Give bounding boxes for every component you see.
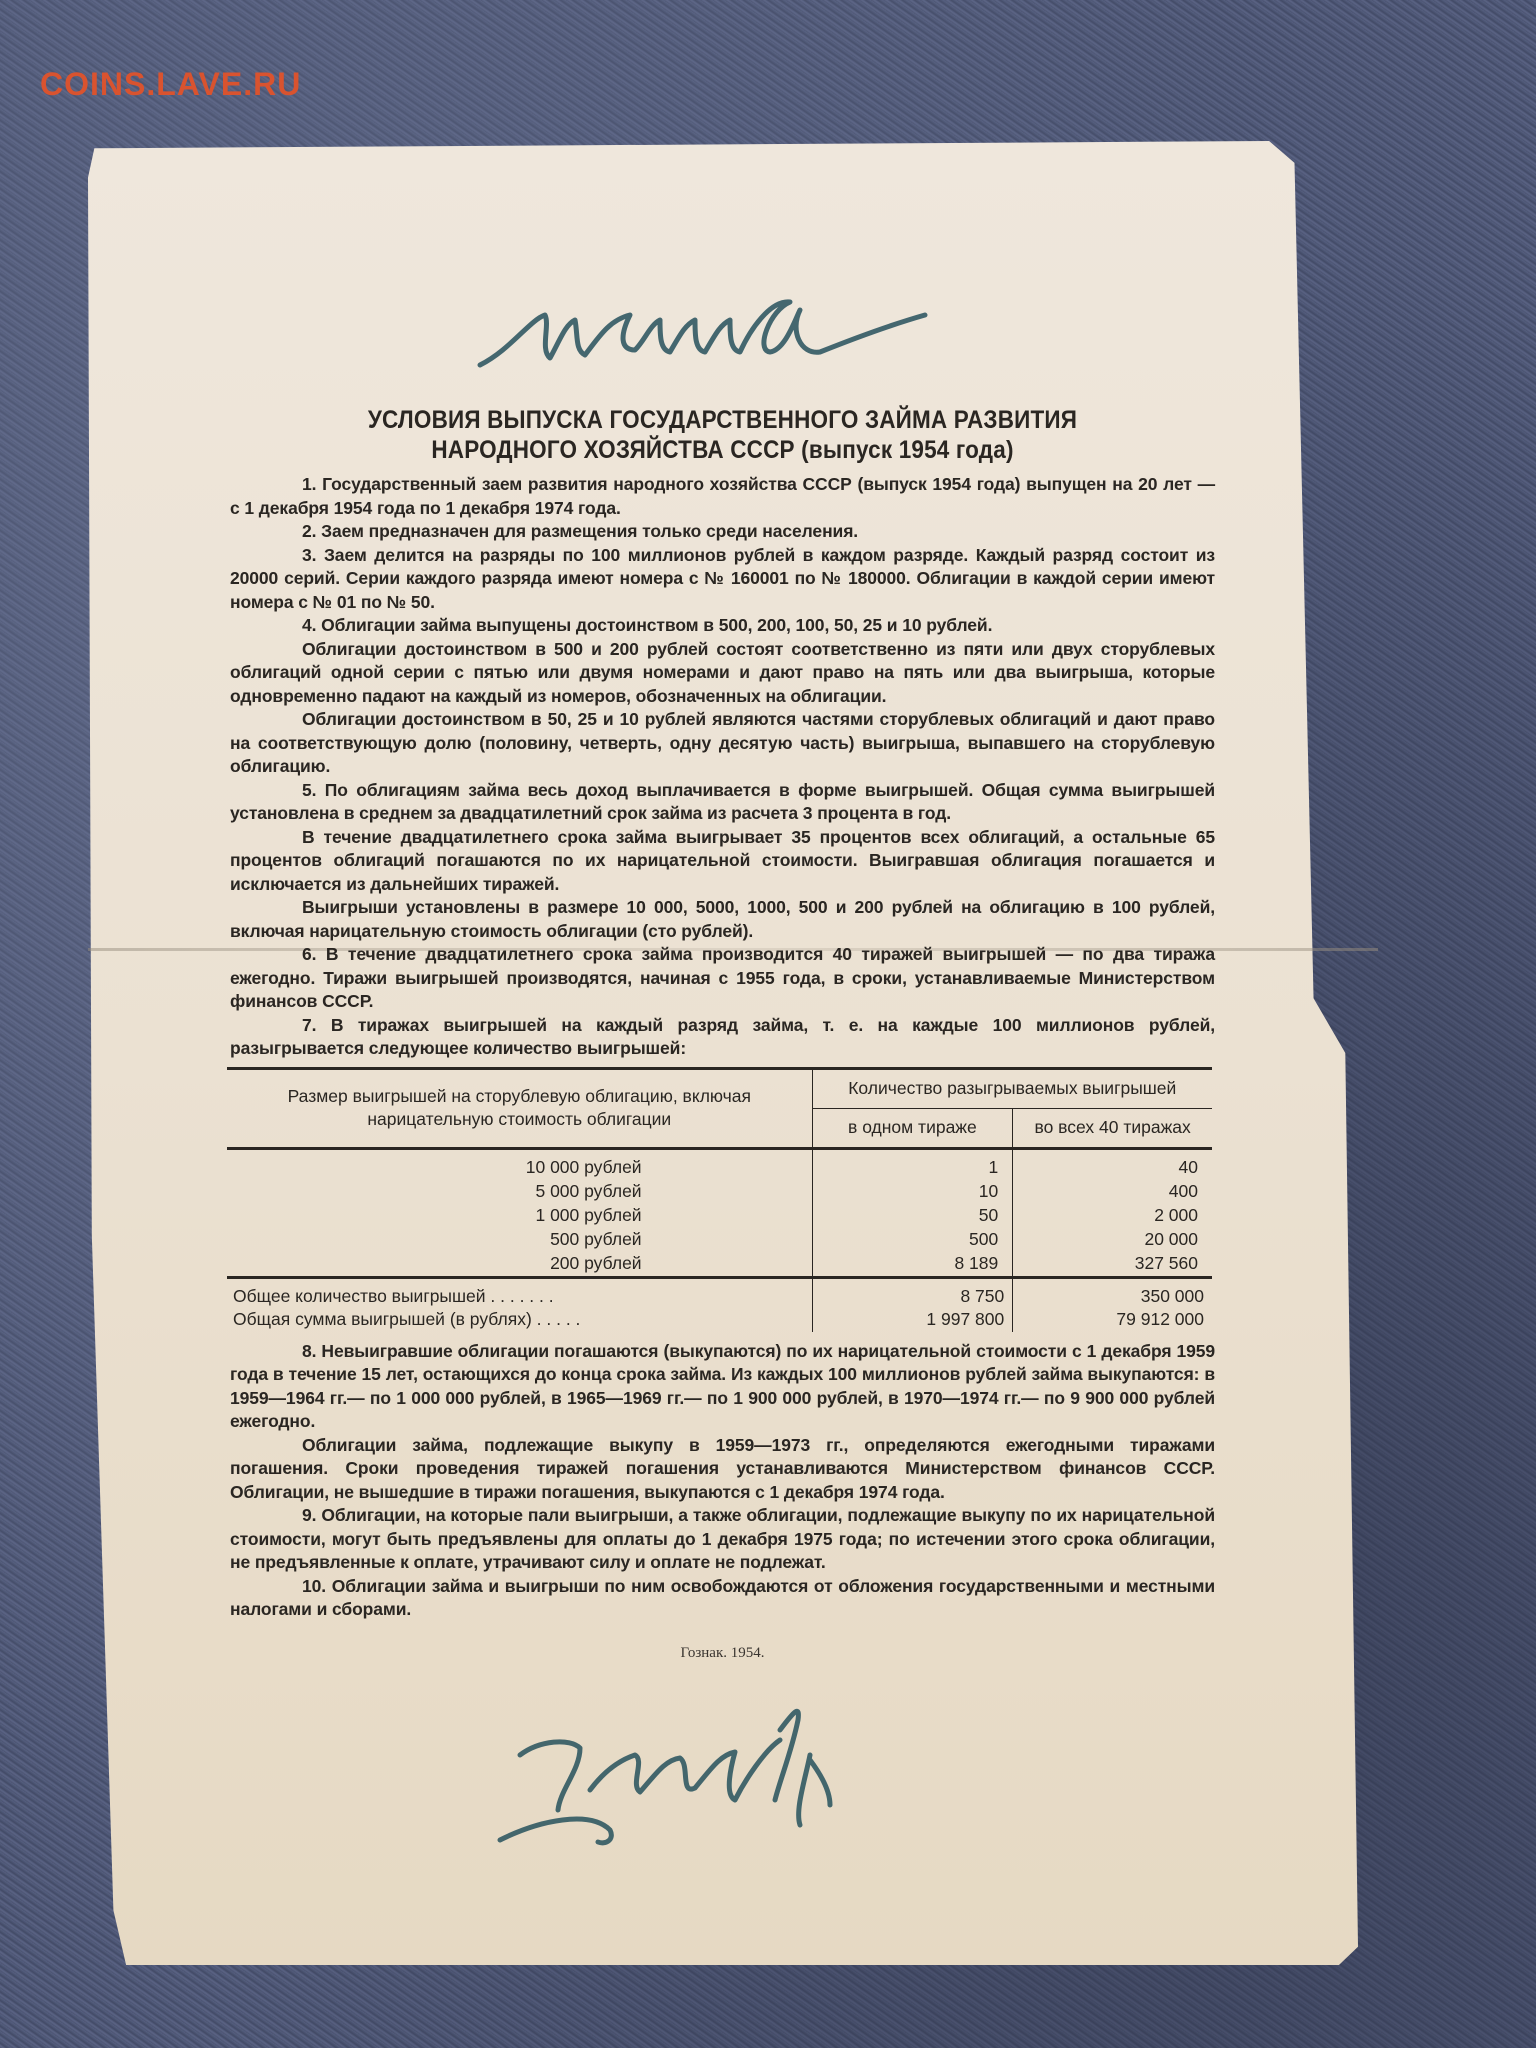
condition-paragraph: 5. По облигациям займа весь доход выплач… — [230, 779, 1215, 826]
totals-row: Общее количество выигрышей . . . . . . .… — [227, 1285, 1212, 1309]
one-draw-header: в одном тираже — [812, 1108, 1013, 1148]
prize-cell-all-draws: 40 — [1013, 1156, 1212, 1180]
prize-cell-prize: 1 000 рублей — [227, 1204, 812, 1228]
prize-row: 200 рублей8 189327 560 — [227, 1252, 1212, 1278]
prize-cell-prize: 10 000 рублей — [227, 1156, 812, 1180]
condition-paragraph: Выигрыши установлены в размере 10 000, 5… — [230, 896, 1215, 943]
totals-cell-one-draw: 1 997 800 — [812, 1308, 1013, 1332]
prize-cell-one-draw: 50 — [812, 1204, 1013, 1228]
prize-row: 1 000 рублей502 000 — [227, 1204, 1212, 1228]
conditions-section-8-10: 8. Невыигравшие облигации погашаются (вы… — [230, 1340, 1215, 1622]
handwriting-top: мама — [470, 280, 950, 380]
totals-cell-label: Общая сумма выигрышей (в рублях) . . . .… — [227, 1308, 812, 1332]
prize-row: 500 рублей50020 000 — [227, 1228, 1212, 1252]
totals-cell-label: Общее количество выигрышей . . . . . . . — [227, 1285, 812, 1309]
prize-cell-prize: 500 рублей — [227, 1228, 812, 1252]
prize-distribution-table: Размер выигрышей на сторублевую облигаци… — [227, 1067, 1212, 1332]
title-line-1: УСЛОВИЯ ВЫПУСКА ГОСУДАРСТВЕННОГО ЗАЙМА Р… — [279, 405, 1166, 435]
totals-row: Общая сумма выигрышей (в рублях) . . . .… — [227, 1308, 1212, 1332]
condition-paragraph: 8. Невыигравшие облигации погашаются (вы… — [230, 1340, 1215, 1434]
prize-cell-prize: 5 000 рублей — [227, 1180, 812, 1204]
prize-size-header: Размер выигрышей на сторублевую облигаци… — [227, 1068, 812, 1148]
condition-paragraph: Облигации достоинством в 50, 25 и 10 руб… — [230, 708, 1215, 779]
prize-row: 5 000 рублей10400 — [227, 1180, 1212, 1204]
printer-imprint: Гознак. 1954. — [230, 1642, 1215, 1666]
condition-paragraph: 10. Облигации займа и выигрыши по ним ос… — [230, 1575, 1215, 1622]
condition-paragraph: 3. Заем делится на разряды по 100 миллио… — [230, 544, 1215, 615]
prize-cell-one-draw: 500 — [812, 1228, 1013, 1252]
prize-cell-all-draws: 327 560 — [1013, 1252, 1212, 1278]
prize-cell-prize: 200 рублей — [227, 1252, 812, 1278]
prize-count-group-header: Количество разыгрываемых выигрышей — [812, 1068, 1212, 1108]
totals-cell-one-draw: 8 750 — [812, 1285, 1013, 1309]
document-title: УСЛОВИЯ ВЫПУСКА ГОСУДАРСТВЕННОГО ЗАЙМА Р… — [279, 405, 1166, 465]
condition-paragraph: Облигации займа, подлежащие выкупу в 195… — [230, 1434, 1215, 1505]
prize-cell-all-draws: 20 000 — [1013, 1228, 1212, 1252]
prize-cell-all-draws: 2 000 — [1013, 1204, 1212, 1228]
condition-paragraph: 7. В тиражах выигрышей на каждый разряд … — [230, 1014, 1215, 1061]
totals-cell-all-draws: 350 000 — [1013, 1285, 1212, 1309]
site-watermark: COINS.LAVE.RU — [40, 66, 301, 103]
condition-paragraph: 4. Облигации займа выпущены достоинством… — [230, 614, 1215, 638]
handwriting-bottom: папка — [480, 1700, 940, 1850]
condition-paragraph: 9. Облигации, на которые пали выигрыши, … — [230, 1504, 1215, 1575]
all-draws-header: во всех 40 тиражах — [1013, 1108, 1212, 1148]
condition-paragraph: Облигации достоинством в 500 и 200 рубле… — [230, 638, 1215, 709]
conditions-section-1-7: 1. Государственный заем развития народно… — [230, 473, 1215, 1061]
title-line-2: НАРОДНОГО ХОЗЯЙСТВА СССР (выпуск 1954 го… — [279, 435, 1166, 465]
totals-cell-all-draws: 79 912 000 — [1013, 1308, 1212, 1332]
prize-cell-all-draws: 400 — [1013, 1180, 1212, 1204]
condition-paragraph: 1. Государственный заем развития народно… — [230, 473, 1215, 520]
condition-paragraph: В течение двадцатилетнего срока займа вы… — [230, 826, 1215, 897]
prize-cell-one-draw: 10 — [812, 1180, 1013, 1204]
prize-cell-one-draw: 1 — [812, 1156, 1013, 1180]
prize-cell-one-draw: 8 189 — [812, 1252, 1013, 1278]
loan-conditions-document: УСЛОВИЯ ВЫПУСКА ГОСУДАРСТВЕННОГО ЗАЙМА Р… — [230, 405, 1215, 1665]
prize-row: 10 000 рублей140 — [227, 1156, 1212, 1180]
condition-paragraph: 2. Заем предназначен для размещения толь… — [230, 520, 1215, 544]
condition-paragraph: 6. В течение двадцатилетнего срока займа… — [230, 943, 1215, 1014]
